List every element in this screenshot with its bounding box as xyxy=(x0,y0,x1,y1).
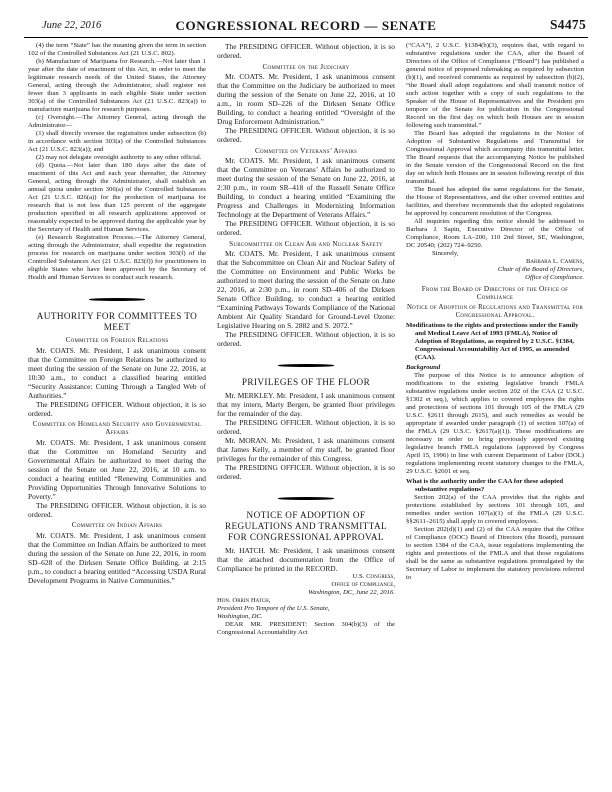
question-heading: What is the authority under the CAA for … xyxy=(406,478,584,494)
congressional-record-page: June 22, 2016 CONGRESSIONAL RECORD — SEN… xyxy=(0,0,612,792)
committee-heading: Subcommittee on Clean Air and Nuclear Sa… xyxy=(217,240,395,248)
column-2: The PRESIDING OFFICER. Without objection… xyxy=(217,42,395,744)
committee-heading: Committee on Homeland Security and Gover… xyxy=(28,420,206,436)
committee-heading: From the Board of Directors of the Offic… xyxy=(406,285,584,301)
paragraph: Section 202(a) of the CAA provides that … xyxy=(406,494,584,526)
paragraph: The PRESIDING OFFICER. Without objection… xyxy=(217,42,395,60)
page-number: S4475 xyxy=(550,17,586,33)
committee-heading: Committee on Foreign Relations xyxy=(28,336,206,344)
page-header: June 22, 2016 CONGRESSIONAL RECORD — SEN… xyxy=(26,17,586,35)
paragraph: The PRESIDING OFFICER. Without objection… xyxy=(217,330,395,348)
paragraph: (1) shall directly oversee the registrat… xyxy=(28,130,206,154)
paragraph: (e) Research Registration Process.—The A… xyxy=(28,234,206,282)
paragraph: (“CAA”), 2 U.S.C. §1384(b)(3), requires … xyxy=(406,42,584,130)
addressee-line-italic: Washington, DC. xyxy=(217,613,395,621)
paragraph: The PRESIDING OFFICER. Without objection… xyxy=(217,126,395,144)
background-heading: Background xyxy=(406,364,584,372)
paragraph: The PRESIDING OFFICER. Without objection… xyxy=(28,501,206,519)
header-rule xyxy=(24,37,588,38)
article-heading: NOTICE OF ADOPTION OF REGULATIONS AND TR… xyxy=(219,510,393,543)
article-heading: PRIVILEGES OF THE FLOOR xyxy=(219,377,393,388)
paragraph: The PRESIDING OFFICER. Without objection… xyxy=(217,418,395,436)
address-line-italic: Washington, DC, June 22, 2016. xyxy=(217,589,395,597)
paragraph: The Board has adopted the regulations in… xyxy=(406,130,584,186)
paragraph: The Board has adopted the same regulatio… xyxy=(406,186,584,218)
address-line: Office of Compliance, xyxy=(217,581,395,589)
paragraph: Section 202(d)(1) and (2) of the CAA req… xyxy=(406,526,584,582)
separator-rule xyxy=(28,288,206,306)
committee-heading: Committee on Indian Affairs xyxy=(28,521,206,529)
paragraph: Mr. COATS. Mr. President, I ask unanimou… xyxy=(28,438,206,501)
paragraph: Mr. COATS. Mr. President, I ask unanimou… xyxy=(217,249,395,330)
separator-rule xyxy=(217,487,395,505)
paragraph: Mr. HATCH. Mr. President, I ask unanimou… xyxy=(217,546,395,573)
paragraph: (4) the term “State” has the meaning giv… xyxy=(28,42,206,58)
separator-bar xyxy=(278,364,334,367)
paragraph: The PRESIDING OFFICER. Without objection… xyxy=(28,400,206,418)
separator-bar xyxy=(278,497,334,500)
address-line: U.S. Congress, xyxy=(217,573,395,581)
article-heading: AUTHORITY FOR COMMITTEES TO MEET xyxy=(30,311,204,333)
publication-title: CONGRESSIONAL RECORD — SENATE xyxy=(26,18,586,34)
notice-subheading: Notice of Adoption of Regulations and Tr… xyxy=(406,304,584,320)
paragraph: Mr. COATS. Mr. President, I ask unanimou… xyxy=(28,531,206,585)
paragraph: The purpose of this Notice is to announc… xyxy=(406,372,584,476)
paragraph: Mr. COATS. Mr. President, I ask unanimou… xyxy=(217,156,395,219)
addressee-line-italic: President Pro Tempore of the U.S. Senate… xyxy=(217,605,395,613)
paragraph: (2) may not delegate oversight authority… xyxy=(28,154,206,162)
paragraph: Mr. MORAN. Mr. President, I ask unanimou… xyxy=(217,436,395,463)
paragraph: DEAR MR. PRESIDENT: Section 304(b)(3) of… xyxy=(217,621,395,637)
paragraph: The PRESIDING OFFICER. Without objection… xyxy=(217,219,395,237)
paragraph: Mr. COATS. Mr. President, I ask unanimou… xyxy=(217,72,395,126)
paragraph: Mr. COATS. Mr. President, I ask unanimou… xyxy=(28,346,206,400)
separator-rule xyxy=(217,354,395,372)
paragraph: (c) Oversight.—The Attorney General, act… xyxy=(28,114,206,130)
paragraph: The PRESIDING OFFICER. Without objection… xyxy=(217,463,395,481)
addressee-line: Hon. Orrin Hatch, xyxy=(217,597,395,605)
separator-bar xyxy=(89,298,145,301)
committee-heading: Committee on Veterans’ Affairs xyxy=(217,147,395,155)
address-line-italic: Chair of the Board of Directors, xyxy=(406,266,584,274)
address-line: Barbara L. Camens, xyxy=(406,258,584,266)
committee-heading: Committee on the Judiciary xyxy=(217,63,395,71)
paragraph: All inquiries regarding this notice shou… xyxy=(406,218,584,250)
column-3: (“CAA”), 2 U.S.C. §1384(b)(3), requires … xyxy=(406,42,584,744)
paragraph: (d) Quota.—Not later than 180 days after… xyxy=(28,162,206,234)
address-line-italic: Office of Compliance. xyxy=(406,274,584,282)
paragraph: (b) Manufacture of Marijuana for Researc… xyxy=(28,58,206,114)
paragraph: Mr. MERKLEY. Mr. President, I ask unanim… xyxy=(217,391,395,418)
column-1: (4) the term “State” has the meaning giv… xyxy=(28,42,206,744)
text-columns: (4) the term “State” has the meaning giv… xyxy=(28,42,584,744)
bold-heading: Modifications to the rights and protecti… xyxy=(406,322,584,362)
closing-line: Sincerely, xyxy=(406,250,584,258)
